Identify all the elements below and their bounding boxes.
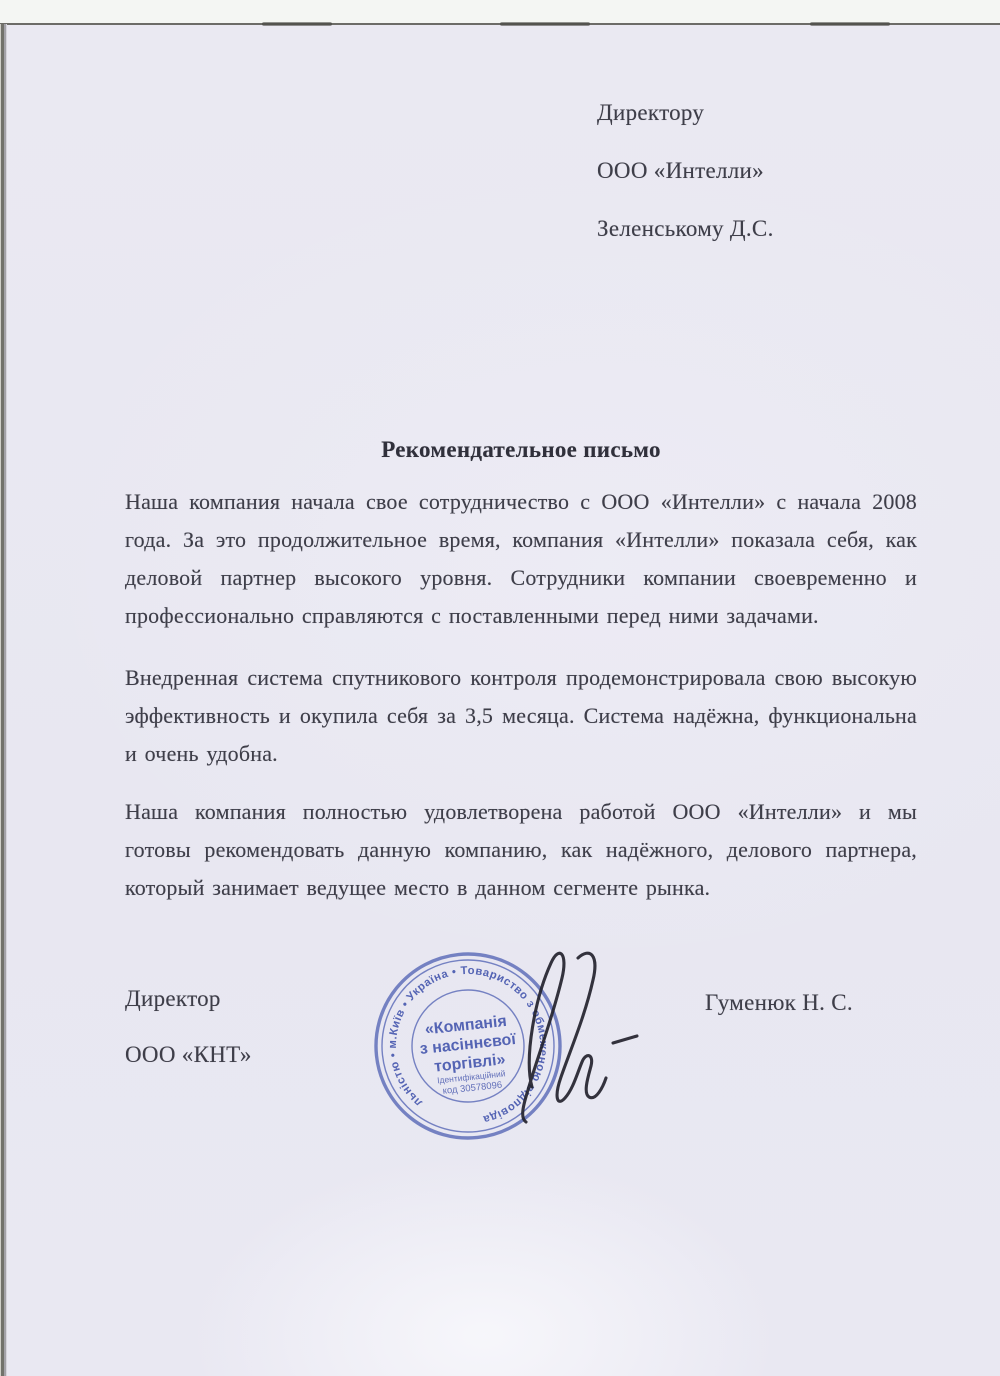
scan-edge-shadow xyxy=(500,22,590,26)
paragraph-1: Наша компания начала свое сотрудничество… xyxy=(125,483,917,635)
scan-edge-shadow xyxy=(810,22,890,26)
scanned-letter-page: Директору ООО «Интелли» Зеленському Д.С.… xyxy=(0,0,1000,1376)
signoff-company: ООО «КНТ» xyxy=(125,1042,252,1068)
signoff-role: Директор xyxy=(125,986,221,1012)
stamp-seal: льністю • м.Київ • Україна • Товариство … xyxy=(367,946,569,1147)
stamp-and-signature: льністю • м.Київ • Україна • Товариство … xyxy=(356,946,696,1161)
paragraph-3: Наша компания полностью удовлетворена ра… xyxy=(125,793,917,907)
scan-left-edge xyxy=(0,24,7,1376)
paragraph-2: Внедренная система спутникового контроля… xyxy=(125,659,917,773)
company-stamp: льністю • м.Київ • Україна • Товариство … xyxy=(356,946,696,1161)
signoff-name: Гуменюк Н. С. xyxy=(705,990,853,1016)
recipient-line-3: Зеленському Д.С. xyxy=(597,216,774,242)
recipient-line-1: Директору xyxy=(597,100,704,126)
scan-edge-shadow xyxy=(262,22,332,26)
recipient-line-2: ООО «Интелли» xyxy=(597,158,764,184)
letter-title: Рекомендательное письмо xyxy=(125,437,917,463)
